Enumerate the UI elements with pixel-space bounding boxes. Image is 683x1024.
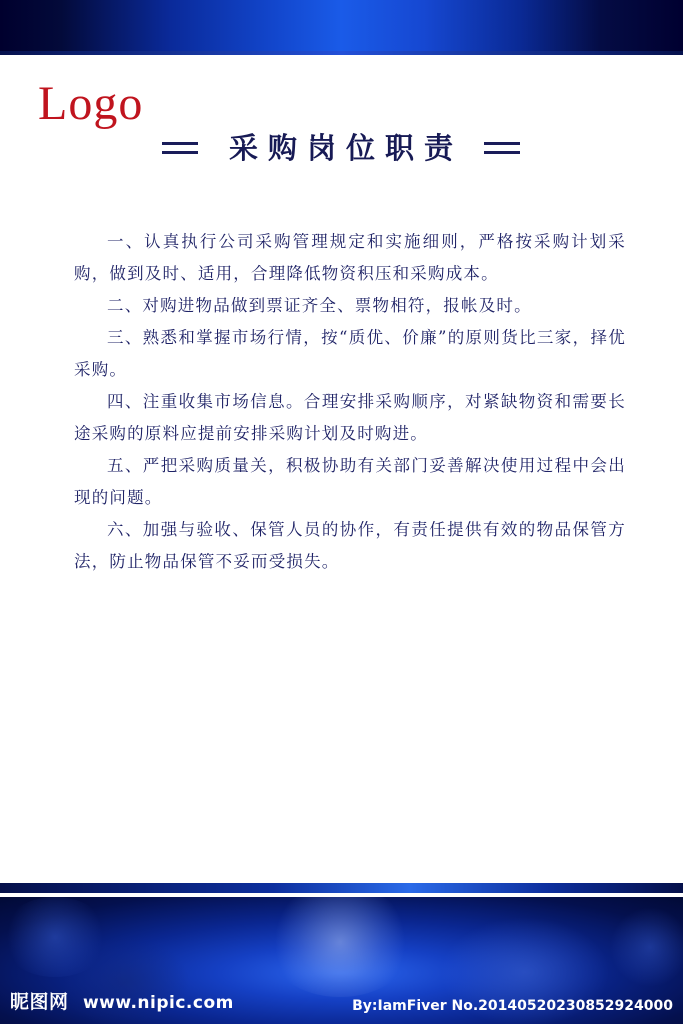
site-name: 昵图网	[10, 991, 69, 1013]
bottom-stripe	[0, 883, 683, 893]
duty-item-2: 二、对购进物品做到票证齐全、票物相符，报帐及时。	[74, 290, 626, 322]
top-banner	[0, 0, 683, 55]
floral-ornament-icon	[265, 897, 415, 997]
double-line-left-icon	[162, 140, 198, 156]
logo-text: Logo	[38, 80, 143, 128]
site-url: www.nipic.com	[83, 993, 234, 1013]
vine-ornament-right-icon	[610, 907, 683, 987]
title-row: 采购岗位职责	[162, 126, 520, 170]
duty-item-3: 三、熟悉和掌握市场行情，按“质优、价廉”的原则货比三家，择优采购。	[74, 322, 626, 386]
duty-item-1: 一、认真执行公司采购管理规定和实施细则，严格按采购计划采购，做到及时、适用，合理…	[74, 226, 626, 290]
bottom-banner: 昵图网 www.nipic.com By:IamFiver No.2014052…	[0, 897, 683, 1024]
duty-item-6: 六、加强与验收、保管人员的协作，有责任提供有效的物品保管方法，防止物品保管不妥而…	[74, 514, 626, 578]
author-credit: By:IamFiver No.20140520230852924000	[352, 998, 673, 1014]
duty-item-5: 五、严把采购质量关，积极协助有关部门妥善解决使用过程中会出现的问题。	[74, 450, 626, 514]
double-line-right-icon	[484, 140, 520, 156]
site-watermark: 昵图网 www.nipic.com	[10, 987, 234, 1014]
duty-item-4: 四、注重收集市场信息。合理安排采购顺序，对紧缺物资和需要长途采购的原料应提前安排…	[74, 386, 626, 450]
duty-list: 一、认真执行公司采购管理规定和实施细则，严格按采购计划采购，做到及时、适用，合理…	[74, 226, 626, 578]
page-title: 采购岗位职责	[229, 134, 463, 163]
